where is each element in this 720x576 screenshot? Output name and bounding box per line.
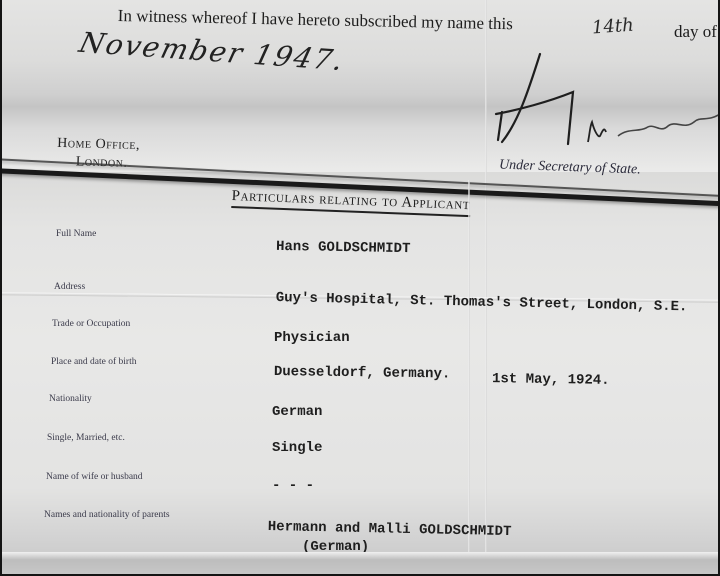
field-value-marital-status: Single [272,440,322,456]
document-photo: In witness whereof I have hereto subscri… [2,0,718,574]
witness-statement: In witness whereof I have hereto subscri… [118,6,513,34]
field-value-address: Guy's Hospital, St. Thomas's Street, Lon… [276,290,688,315]
signatory-title: Under Secretary of State. [499,158,641,179]
field-value-birth-date: 1st May, 1924. [492,371,610,389]
paper-fold [485,0,487,574]
field-value-nationality: German [272,404,322,420]
field-label-nationality: Nationality [49,394,92,404]
handwritten-day: 14th [591,15,634,39]
issuer-line-1: Home Office, [57,136,140,153]
sheet-bottom-edge [2,552,718,574]
issuer-address: Home Office, London. [57,135,141,173]
field-value-birth-place: Duesseldorf, Germany. [274,364,451,382]
field-label-parents: Names and nationality of parents [44,510,170,520]
field-label-occupation: Trade or Occupation [52,319,130,329]
certificate-sheet: In witness whereof I have hereto subscri… [2,0,718,172]
field-label-birth: Place and date of birth [51,357,136,367]
field-value-parents: Hermann and Malli GOLDSCHMIDT [268,519,512,540]
day-of-text: day of [674,22,717,42]
field-label-spouse: Name of wife or husband [46,472,143,482]
field-label-address: Address [54,282,85,292]
signature-icon [488,52,718,152]
field-label-marital-status: Single, Married, etc. [47,433,125,443]
field-value-spouse: - - - [272,478,314,494]
handwritten-date: November 1947. [76,26,349,77]
field-value-full-name: Hans GOLDSCHMIDT [276,239,411,257]
field-label-full-name: Full Name [56,229,96,239]
field-value-occupation: Physician [274,330,350,346]
paper-fold-lower [468,180,470,574]
